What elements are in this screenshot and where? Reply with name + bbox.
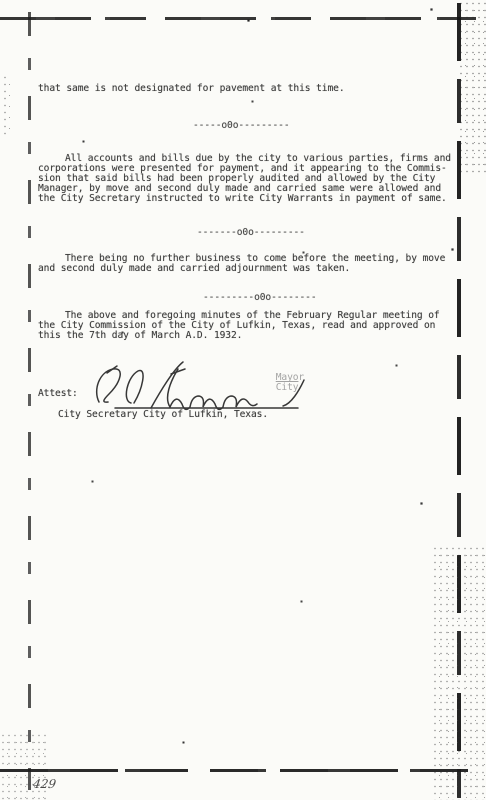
scan-noise-top-right [458,0,486,175]
scan-noise-left-edge [2,74,10,136]
secretary-title-line: City Secretary City of Lufkin, Texas. [58,410,268,420]
paragraph-accounts: All accounts and bills due by the city t… [38,154,470,204]
paragraph-adjournment: There being no further business to come … [38,254,470,274]
page-border-top [0,17,486,20]
page-border-left [28,12,31,790]
text-line: and second duly made and carried adjourn… [38,264,470,274]
scan-speckles [0,0,1,1]
paragraph-approval: The above and foregoing minutes of the F… [38,311,470,341]
continuation-line: that same is not designated for pavement… [38,84,345,94]
scanned-minutes-page: that same is not designated for pavement… [0,0,486,800]
section-divider: -----o0o--------- [193,121,290,131]
text-line: the City Secretary instructed to write C… [38,194,470,204]
scan-noise-bottom-right [432,545,486,800]
page-number: 429 [32,777,57,791]
text-line: this the 7th day of March A.D. 1932. [38,331,470,341]
attest-label: Attest: [38,389,78,399]
section-divider: ---------o0o-------- [203,293,317,303]
page-border-bottom [0,769,486,772]
section-divider: -------o0o--------- [197,228,305,238]
